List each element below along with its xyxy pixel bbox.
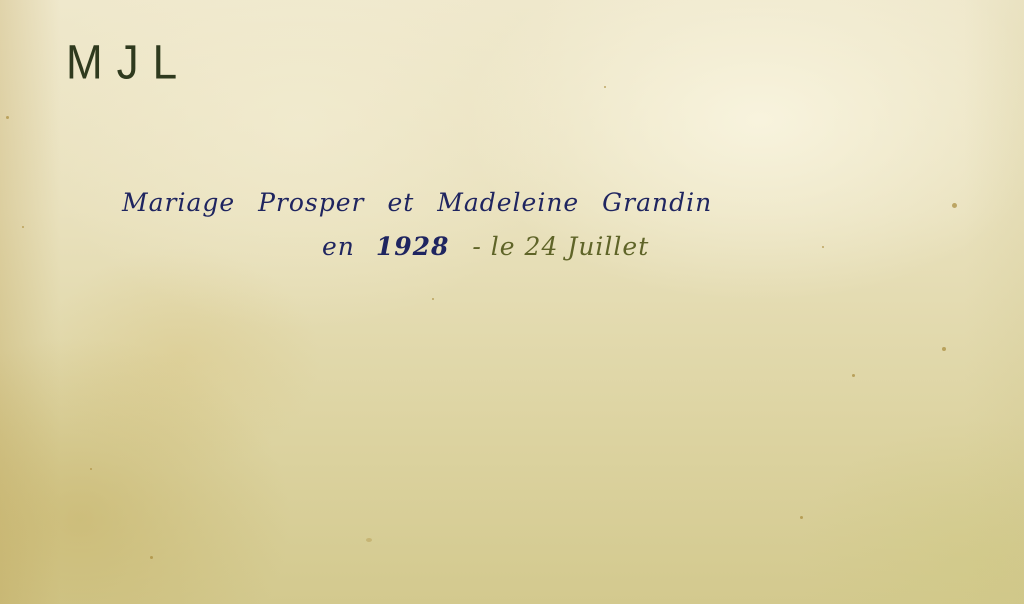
initials-mjl: MJL xyxy=(66,36,191,91)
paper-speck xyxy=(942,347,946,351)
paper-speck xyxy=(852,374,855,377)
paper-speck xyxy=(90,468,92,470)
paper-speck xyxy=(150,556,153,559)
paper-speck xyxy=(800,516,803,519)
caption-line-1: Mariage Prosper et Madeleine Grandin xyxy=(122,188,712,217)
caption-line-2: en 1928 - le 24 Juillet xyxy=(322,232,649,261)
paper-speck xyxy=(6,116,9,119)
paper-speck xyxy=(432,298,434,300)
caption-date: - le 24 Juillet xyxy=(472,232,649,261)
paper-speck xyxy=(822,246,824,248)
caption-year: 1928 xyxy=(376,232,450,261)
paper-speck xyxy=(604,86,606,88)
aged-paper-background xyxy=(0,0,1024,604)
paper-speck xyxy=(22,226,24,228)
paper-speck xyxy=(952,203,957,208)
caption-prefix: en xyxy=(322,232,355,261)
paper-speck xyxy=(366,538,372,542)
